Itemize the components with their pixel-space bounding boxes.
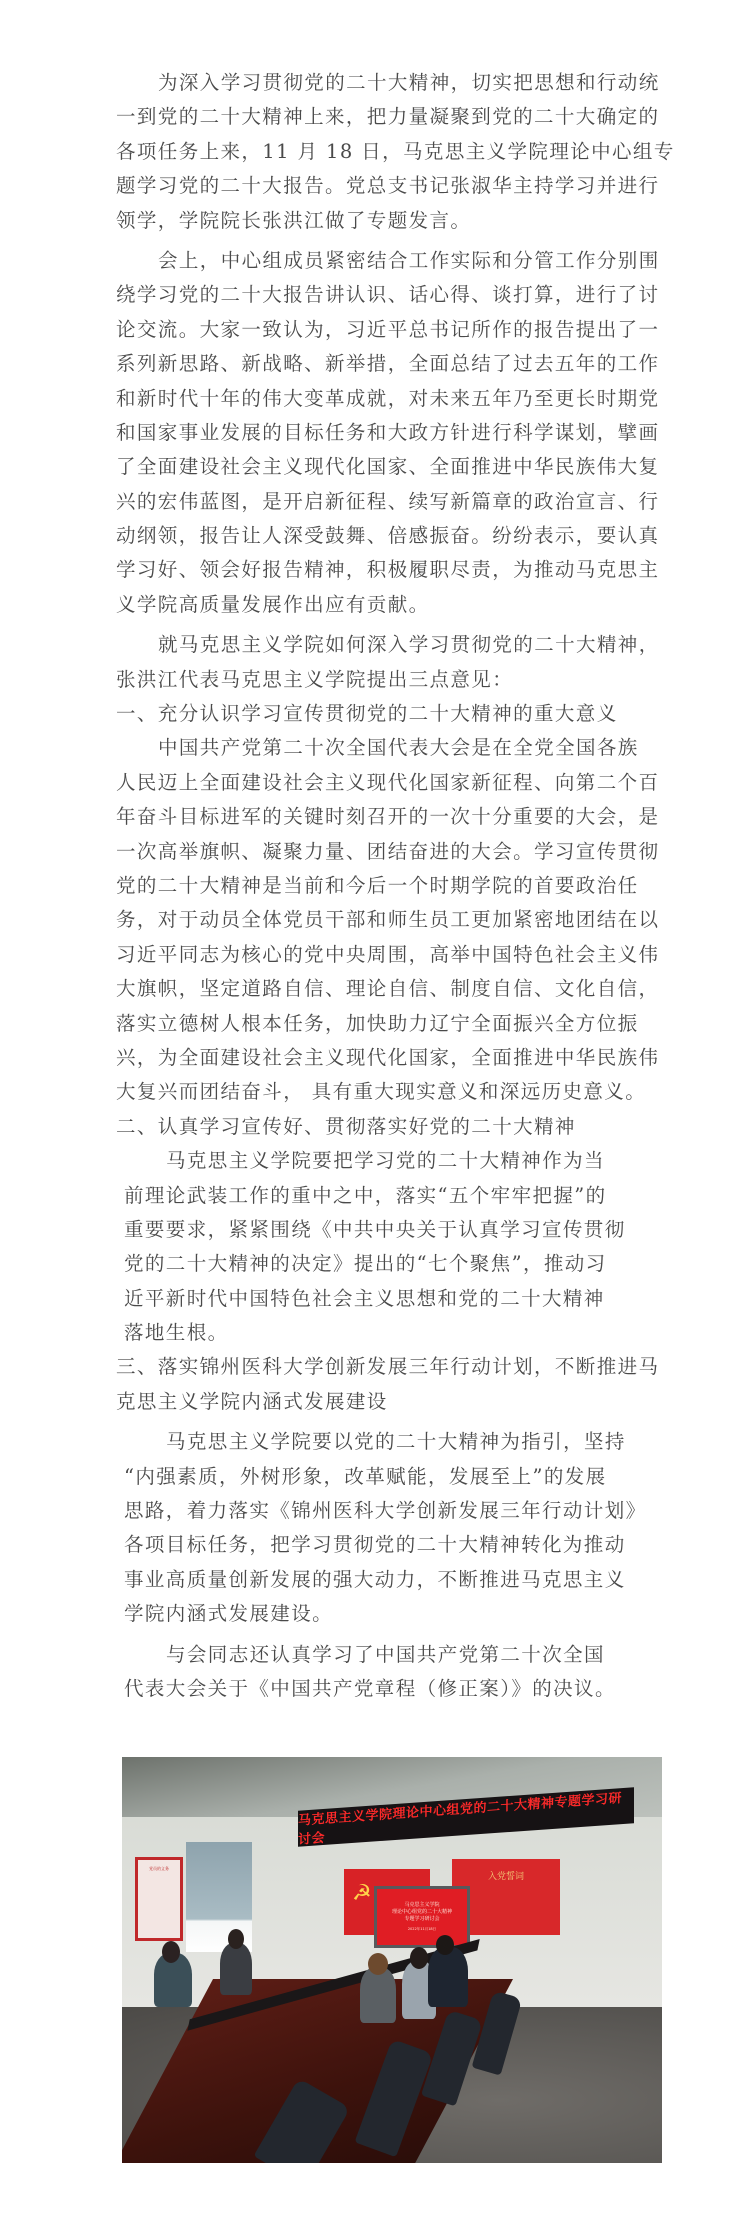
text-line: 兴的宏伟蓝图，是开启新征程、续写新篇章的政治宣言、行 [116,485,656,519]
text-line: 思路，着力落实《锦州医科大学创新发展三年行动计划》 [124,1494,656,1528]
attendee-head [436,1935,454,1955]
text-line: 马克思主义学院要以党的二十大精神为指引，坚持 [124,1425,656,1459]
text-line: 绕学习党的二十大报告讲认识、话心得、谈打算，进行了讨 [116,278,656,312]
text-line: 义学院高质量发展作出应有贡献。 [116,588,656,622]
text-line: 近平新时代中国特色社会主义思想和党的二十大精神 [124,1282,656,1316]
text-line: 各项目标任务，把学习贯彻党的二十大精神转化为推动 [124,1528,656,1562]
section-heading: 一、充分认识学习宣传贯彻党的二十大精神的重大意义 [116,697,656,731]
text-line: 落实立德树人根本任务，加快助力辽宁全面振兴全方位振 [116,1007,656,1041]
attendee-head [228,1929,244,1949]
text-line: 年奋斗目标进军的关键时刻召开的一次十分重要的大会，是 [116,800,656,834]
text-line: 动纲领，报告让人深受鼓舞、倍感振奋。纷纷表示，要认真 [116,519,656,553]
text-line: 题学习党的二十大报告。党总支书记张淑华主持学习并进行 [116,169,656,203]
screen-text: 理论中心组党的二十大精神 [392,1909,452,1916]
text-line: 系列新思路、新战略、新举措，全面总结了过去五年的工作 [116,347,656,381]
text-line: 各项任务上来，11 月 18 日，马克思主义学院理论中心组专 [116,135,656,169]
text-line: 人民迈上全面建设社会主义现代化国家新征程、向第二个百 [116,766,656,800]
text-line: 代表大会关于《中国共产党章程（修正案）》的决议。 [124,1672,656,1706]
section-heading: 三、落实锦州医科大学创新发展三年行动计划，不断推进马 [116,1350,656,1384]
text-line: 和国家事业发展的目标任务和大政方针进行科学谋划，擘画 [116,416,656,450]
text-line: 就马克思主义学院如何深入学习贯彻党的二十大精神， [116,628,656,662]
text-line: 中国共产党第二十次全国代表大会是在全党全国各族 [116,731,656,765]
paragraph-opinions-intro: 就马克思主义学院如何深入学习贯彻党的二十大精神， 张洪江代表马克思主义学院提出三… [116,628,656,697]
paragraph-intro: 为深入学习贯彻党的二十大精神，切实把思想和行动统 一到党的二十大精神上来，把力量… [116,66,656,238]
text-line: 会上，中心组成员紧密结合工作实际和分管工作分别围 [116,244,656,278]
text-line: 和新时代十年的伟大变革成就，对未来五年乃至更长时期党 [116,382,656,416]
text-line: 与会同志还认真学习了中国共产党第二十次全国 [124,1638,656,1672]
text-line: 落地生根。 [124,1316,656,1350]
text-line: 务，对于动员全体党员干部和师生员工更加紧密地团结在以 [116,903,656,937]
attendee-head [162,1941,180,1963]
photo-poster: 党员的义务 [135,1857,183,1941]
screen-text: 马克思主义学院 [404,1902,439,1909]
text-line: 学院内涵式发展建设。 [124,1597,656,1631]
text-line: 领学，学院院长张洪江做了专题发言。 [116,204,656,238]
section-heading: 克思主义学院内涵式发展建设 [116,1385,656,1419]
section-3: 三、落实锦州医科大学创新发展三年行动计划，不断推进马 克思主义学院内涵式发展建设… [116,1350,656,1631]
text-line: “内强素质，外树形象，改革赋能，发展至上”的发展 [124,1460,656,1494]
text-line: 大旗帜，坚定道路自信、理论自信、制度自信、文化自信， [116,972,656,1006]
attendee [428,1947,468,2007]
text-line: 马克思主义学院要把学习党的二十大精神作为当 [124,1144,656,1178]
text-line: 论交流。大家一致认为，习近平总书记所作的报告提出了一 [116,313,656,347]
section-2: 二、认真学习宣传好、贯彻落实好党的二十大精神 马克思主义学院要把学习党的二十大精… [116,1110,656,1351]
oath-board-title: 入党誓词 [452,1869,560,1882]
presentation-screen: 马克思主义学院 理论中心组党的二十大精神 专题学习研讨会 2022年11月18日 [374,1886,470,1948]
poster-title: 党员的义务 [138,1866,180,1872]
paragraph-discussion: 会上，中心组成员紧密结合工作实际和分管工作分别围 绕学习党的二十大报告讲认识、话… [116,244,656,622]
screen-text: 专题学习研讨会 [404,1916,439,1923]
text-line: 习近平同志为核心的党中央周围，高举中国特色社会主义伟 [116,938,656,972]
text-line: 重要要求，紧紧围绕《中共中央关于认真学习宣传贯彻 [124,1213,656,1247]
attendee-head [368,1953,388,1975]
text-line: 为深入学习贯彻党的二十大精神，切实把思想和行动统 [116,66,656,100]
text-line: 一次高举旗帜、凝聚力量、团结奋进的大会。学习宣传贯彻 [116,835,656,869]
section-body: 马克思主义学院要把学习党的二十大精神作为当 前理论武装工作的重中之中，落实“五个… [116,1144,656,1350]
article: 为深入学习贯彻党的二十大精神，切实把思想和行动统 一到党的二十大精神上来，把力量… [116,66,656,1706]
text-line: 事业高质量创新发展的强大动力，不断推进马克思主义 [124,1563,656,1597]
section-body: 马克思主义学院要以党的二十大精神为指引，坚持 “内强素质，外树形象，改革赋能，发… [116,1425,656,1631]
text-line: 了全面建设社会主义现代化国家、全面推进中华民族伟大复 [116,450,656,484]
text-line: 学习好、领会好报告精神，积极履职尽责，为推动马克思主 [116,553,656,587]
screen-date: 2022年11月18日 [408,1927,436,1932]
text-line: 大复兴而团结奋斗， 具有重大现实意义和深远历史意义。 [116,1075,656,1109]
section-1: 一、充分认识学习宣传贯彻党的二十大精神的重大意义 中国共产党第二十次全国代表大会… [116,697,656,1110]
attendee-head [410,1947,428,1969]
text-line: 兴，为全面建设社会主义现代化国家，全面推进中华民族伟 [116,1041,656,1075]
paragraph-closing: 与会同志还认真学习了中国共产党第二十次全国 代表大会关于《中国共产党章程（修正案… [116,1638,656,1707]
attendee [220,1943,252,1995]
text-line: 一到党的二十大精神上来，把力量凝聚到党的二十大确定的 [116,100,656,134]
meeting-photo: 党员的义务 马克思主义学院理论中心组党的二十大精神专题学习研讨会 ☭ 入党誓词 … [122,1757,662,2163]
text-line: 党的二十大精神是当前和今后一个时期学院的首要政治任 [116,869,656,903]
text-line: 党的二十大精神的决定》提出的“七个聚焦”，推动习 [124,1247,656,1281]
text-line: 张洪江代表马克思主义学院提出三点意见： [116,663,656,697]
attendee [360,1967,396,2023]
hammer-sickle-icon: ☭ [352,1881,372,1906]
text-line: 前理论武装工作的重中之中，落实“五个牢牢把握”的 [124,1179,656,1213]
section-heading: 二、认真学习宣传好、贯彻落实好党的二十大精神 [116,1110,656,1144]
